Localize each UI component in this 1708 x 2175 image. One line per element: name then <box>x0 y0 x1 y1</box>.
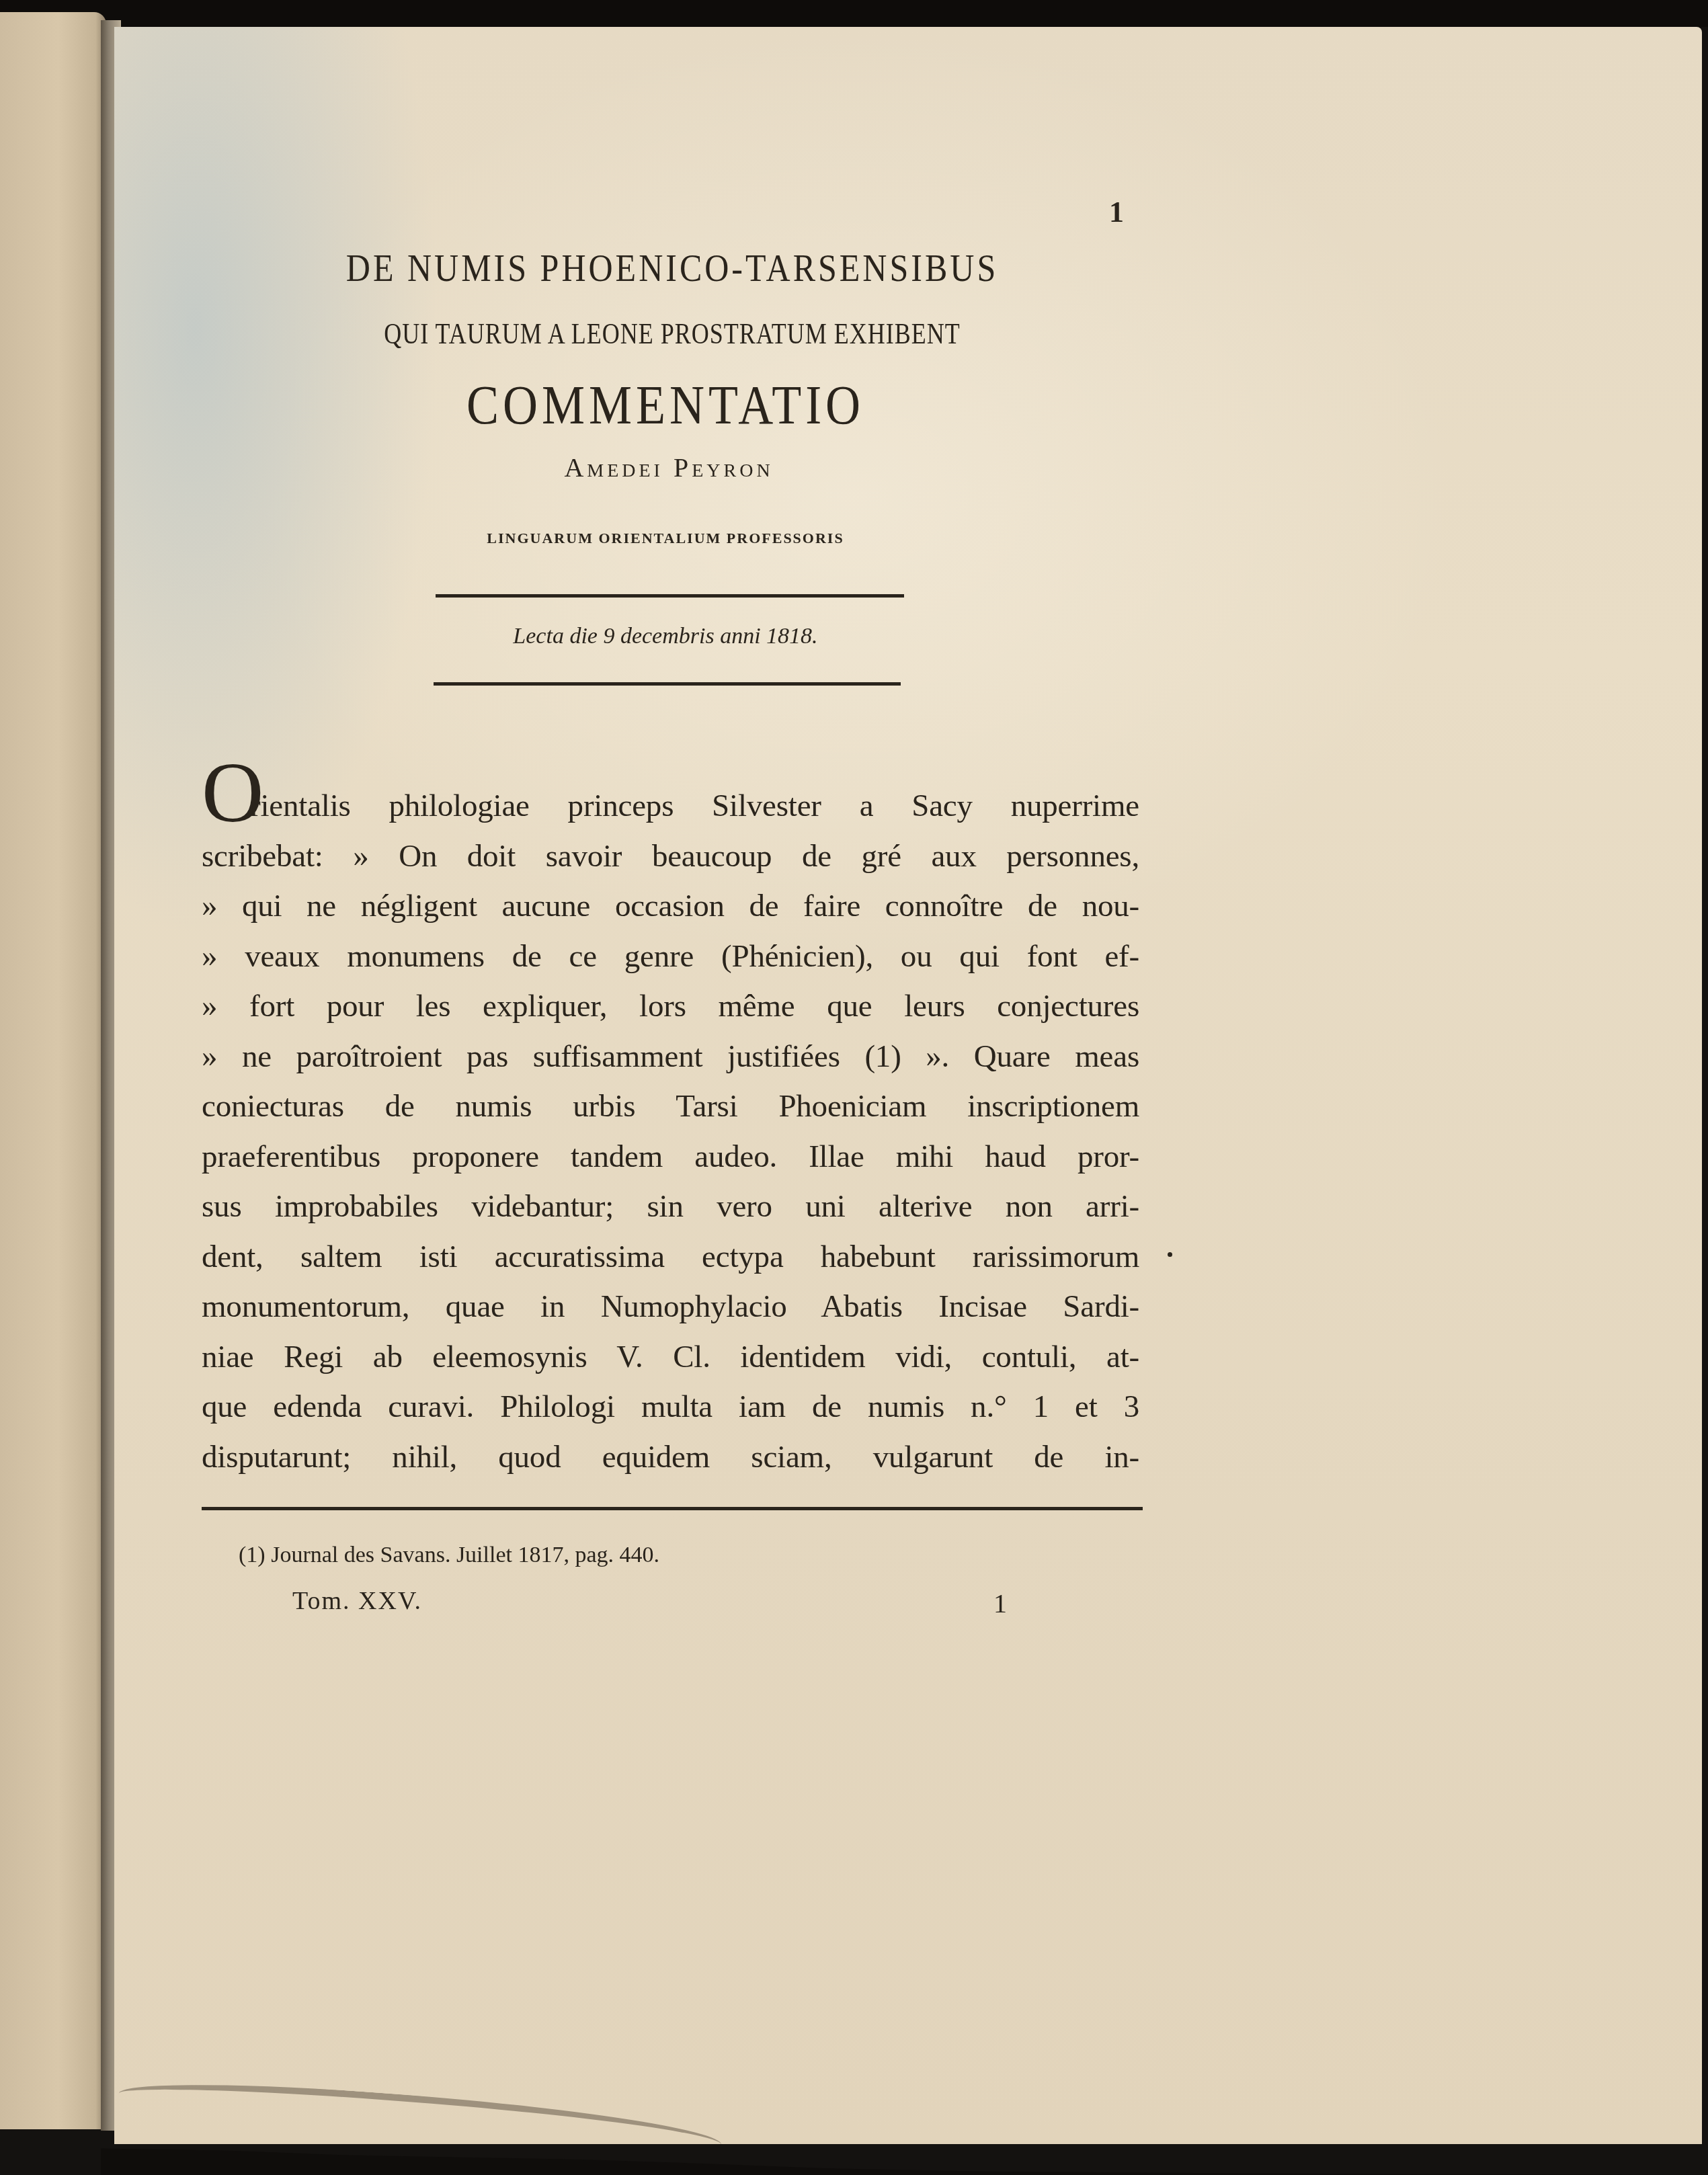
title-rule-top <box>436 594 904 598</box>
title-subtitle: QUI TAURUM A LEONE PROSTRATUM EXHIBENT <box>316 316 1028 352</box>
body-line: scribebat: » On doit savoir beaucoup de … <box>202 831 1139 882</box>
facing-page-edge <box>0 12 106 2129</box>
signature-mark: 1 <box>993 1588 1007 1619</box>
title-main: DE NUMIS PHOENICO-TARSENSIBUS <box>272 245 1072 290</box>
footnote-rule <box>202 1507 1143 1510</box>
body-line: » ne paroîtroient pas suffisamment justi… <box>202 1032 1139 1082</box>
body-line: que edenda curavi. Philologi multa iam d… <box>202 1382 1139 1432</box>
footnote: (1) Journal des Savans. Juillet 1817, pa… <box>239 1543 659 1568</box>
title-rule-bottom <box>434 682 901 686</box>
scan-top-border <box>0 0 1708 27</box>
author-role: LINGUARUM ORIENTALIUM PROFESSORIS <box>464 530 867 547</box>
margin-ink-dot <box>1168 1252 1172 1257</box>
body-line: monumentorum, quae in Numophylacio Abati… <box>202 1282 1139 1332</box>
body-line: praeferentibus proponere tandem audeo. I… <box>202 1132 1139 1182</box>
body-line: » qui ne négligent aucune occasion de fa… <box>202 881 1139 932</box>
body-line: disputarunt; nihil, quod equidem sciam, … <box>202 1432 1139 1483</box>
body-text: rientalis philologiae princeps Silvester… <box>202 746 1139 1482</box>
body-line: coniecturas de numis urbis Tarsi Phoenic… <box>202 1081 1139 1132</box>
author-name: Amedei Peyron <box>511 452 827 483</box>
body-line: » fort pour les expliquer, lors même que… <box>202 981 1139 1032</box>
title-genre: COMMENTATIO <box>430 373 901 437</box>
body-line: dent, saltem isti accuratissima ectypa h… <box>202 1232 1139 1282</box>
body-line: niae Regi ab eleemosynis V. Cl. identide… <box>202 1332 1139 1383</box>
body-line: rientalis philologiae princeps Silvester… <box>202 781 1139 831</box>
page-number: 1 <box>1109 195 1124 229</box>
volume-label: Tom. XXV. <box>292 1586 422 1616</box>
body-line: sus improbabiles videbantur; sin vero un… <box>202 1182 1139 1232</box>
body-line: » veaux monumens de ce genre (Phénicien)… <box>202 932 1139 982</box>
read-date: Lecta die 9 decembris anni 1818. <box>464 624 867 649</box>
